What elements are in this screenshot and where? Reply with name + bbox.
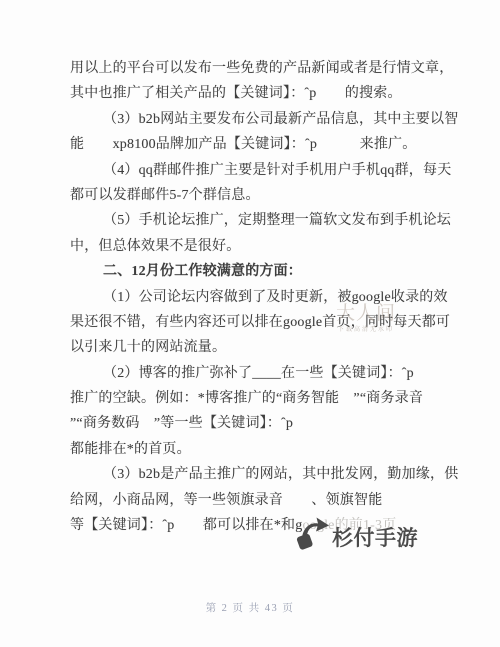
text-line-content: （4）qq群邮件推广主要是针对手机用户手机qq群，每天 [103,163,451,178]
text-line-content: （5）手机论坛推广，定期整理一篇软文发布到手机论坛 [103,213,451,228]
text-line: （3）b2b是产品主推广的网站，其中批发网，勤加缘，供 [70,462,462,487]
text-line-content: 以引来几十的网站流量。 [70,340,226,355]
text-line: 其中也推广了相关产品的【关键词】：ˆp 的搜索。 [70,81,462,106]
text-line-content: 用以上的平台可以发布一些免费的产品新闻或者是行情文章， [70,61,453,76]
text-line-content: 给网，小商品网，等一些领旗录音 、领旗智能 [70,493,382,508]
text-line-content: （3）b2b网站主要发布公司最新产品信息，其中主要以智 [103,112,458,127]
text-line-content: 等【关键词】：ˆp 都可以排在*和g [70,518,302,533]
text-line: 都可以发群邮件5-7个群信息。 [70,183,462,208]
document-page: 用以上的平台可以发布一些免费的产品新闻或者是行情文章，其中也推广了相关产品的【关… [0,0,500,647]
text-line: （4）qq群邮件推广主要是针对手机用户手机qq群，每天 [70,158,462,183]
text-line-content: 都可以发群邮件5-7个群信息。 [70,188,260,203]
text-line: ”“商务数码 ”等一些【关键词】：ˆp [70,411,462,436]
text-line-content: （1）公司论坛内容做到了及时更新，被google收录的效 [103,290,448,305]
text-line-content: 中，但总体效果不是很好。 [70,239,240,254]
text-line-content: 推广的空缺。例如：*博客推广的“商务智能 ”“商务录音 [70,391,423,406]
text-line-content: 果还很不错，有些内容还可以排在google首页，同时每天都可 [70,315,450,330]
text-line: （1）公司论坛内容做到了及时更新，被google收录的效 [70,285,462,310]
text-line-content: （2）博客的推广弥补了____在一些【关键词】：ˆp [103,366,414,381]
text-line: （3）b2b网站主要发布公司最新产品信息，其中主要以智 [70,107,462,132]
text-line: 果还很不错，有些内容还可以排在google首页，同时每天都可 [70,310,462,335]
text-line: （5）手机论坛推广，定期整理一篇软文发布到手机论坛 [70,208,462,233]
document-body: 用以上的平台可以发布一些免费的产品新闻或者是行情文章，其中也推广了相关产品的【关… [70,56,462,538]
text-line: 用以上的平台可以发布一些免费的产品新闻或者是行情文章， [70,56,462,81]
text-line-content: 都能排在*的首页。 [70,442,191,457]
text-line: 推广的空缺。例如：*博客推广的“商务智能 ”“商务录音 [70,386,462,411]
text-line: （2）博客的推广弥补了____在一些【关键词】：ˆp [70,361,462,386]
text-line-content: ”“商务数码 ”等一些【关键词】：ˆp [70,416,293,431]
text-line: 能 xp8100品牌加产品【关键词】：ˆp 来推广。 [70,132,462,157]
text-line: 都能排在*的首页。 [70,437,462,462]
text-line: 中，但总体效果不是很好。 [70,234,462,259]
text-line: 等【关键词】：ˆp 都可以排在*和google的前1-3页 [70,513,462,538]
text-line: 给网，小商品网，等一些领旗录音 、领旗智能 [70,488,462,513]
text-line-faded-tail: oogle的前1-3页 [302,518,396,533]
text-line: 二、12月份工作较满意的方面： [70,259,462,284]
text-line-content: 二、12月份工作较满意的方面： [103,264,302,279]
page-number: 第 2 页 共 43 页 [0,600,500,615]
text-line-content: （3）b2b是产品主推广的网站，其中批发网，勤加缘，供 [103,467,458,482]
text-line-content: 能 xp8100品牌加产品【关键词】：ˆp 来推广。 [70,137,416,152]
text-line-content: 其中也推广了相关产品的【关键词】：ˆp 的搜索。 [70,86,402,101]
text-line: 以引来几十的网站流量。 [70,335,462,360]
